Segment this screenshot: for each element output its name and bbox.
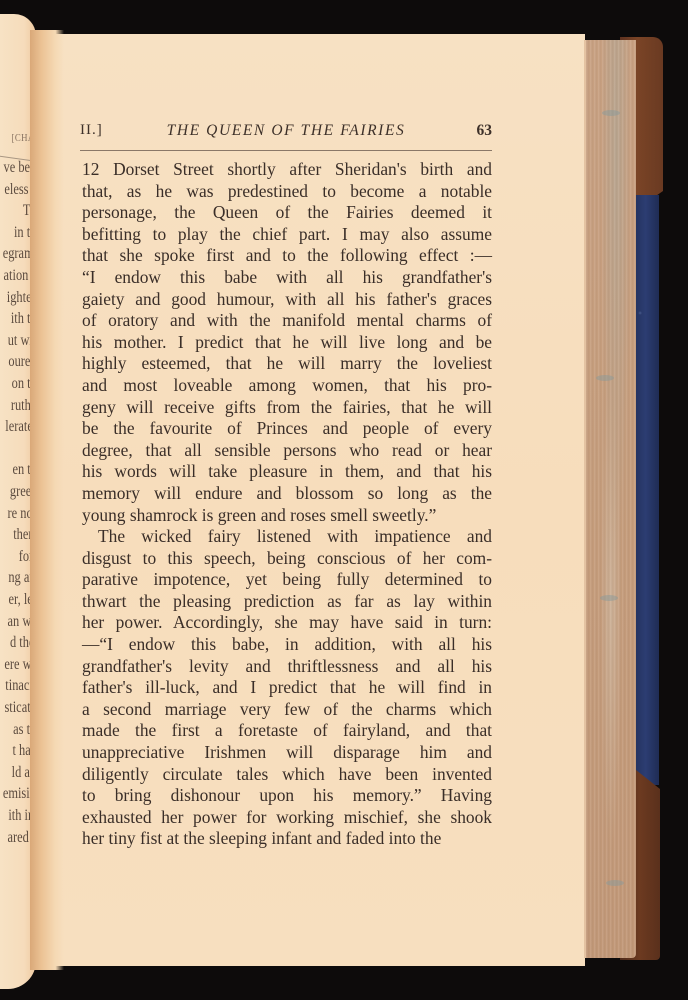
text-line: of oratory and with the manifold mental … [82, 310, 492, 332]
text-line: young shamrock is green and roses smell … [82, 505, 492, 527]
text-line: be the favourite of Princes and people o… [82, 418, 492, 440]
text-line: highly esteemed, that he will marry the … [82, 353, 492, 375]
marbling-mark [596, 375, 614, 381]
text-line: disgust to this speech, being conscious … [82, 548, 492, 570]
text-line: exhausted her power for working mischief… [82, 807, 492, 829]
text-line: her power. Accordingly, she may have sai… [82, 612, 492, 634]
text-line: a second marriage very few of the charms… [82, 699, 492, 721]
gutter-shadow [30, 30, 64, 970]
text-line: parative impotence, yet being fully dete… [82, 569, 492, 591]
marbling-mark [600, 595, 618, 601]
text-line: and most loveable among women, that his … [82, 375, 492, 397]
text-line: unappreciative Irishmen will disparage h… [82, 742, 492, 764]
text-line: personage, the Queen of the Fairies deem… [82, 202, 492, 224]
text-line: diligently circulate tales which have be… [82, 764, 492, 786]
header-rule [80, 150, 492, 151]
text-line: The wicked fairy listened with impatienc… [82, 526, 492, 548]
text-line: father's ill-luck, and I predict that he… [82, 677, 492, 699]
text-line: his words will take pleasure in them, an… [82, 461, 492, 483]
text-line: befitting to play the chief part. I may … [82, 224, 492, 246]
text-line: that she spoke first and to the followin… [82, 245, 492, 267]
text-line: her tiny fist at the sleeping infant and… [82, 828, 492, 850]
marbling-mark [602, 110, 620, 116]
text-line: “I endow this babe with all his grandfat… [82, 267, 492, 289]
cloth-board [632, 195, 659, 785]
text-line: geny will receive gifts from the fairies… [82, 397, 492, 419]
body-text: 12 Dorset Street shortly after Sheridan'… [82, 159, 492, 850]
text-line: memory will endure and blossom so long a… [82, 483, 492, 505]
text-line: degree, that all sensible persons who re… [82, 440, 492, 462]
text-line: to bring dishonour upon his memory.” Hav… [82, 785, 492, 807]
text-line: gaiety and good humour, with all his fat… [82, 289, 492, 311]
marbling-mark [606, 880, 624, 886]
text-line: made the first a foretaste of fairyland,… [82, 720, 492, 742]
text-line: 12 Dorset Street shortly after Sheridan'… [82, 159, 492, 181]
marbled-fore-edge [584, 40, 636, 958]
page-number: 63 [477, 122, 493, 140]
text-line: thwart the pleasing prediction as far as… [82, 591, 492, 613]
running-header: II.] THE QUEEN OF THE FAIRIES 63 [80, 122, 492, 142]
text-line: —“I endow this babe, in addition, with a… [82, 634, 492, 656]
text-line: his mother. I predict that he will live … [82, 332, 492, 354]
text-line: that, as he was predestined to become a … [82, 181, 492, 203]
running-title: THE QUEEN OF THE FAIRIES [80, 122, 492, 140]
text-line: grandfather's levity and thriftlessness … [82, 656, 492, 678]
